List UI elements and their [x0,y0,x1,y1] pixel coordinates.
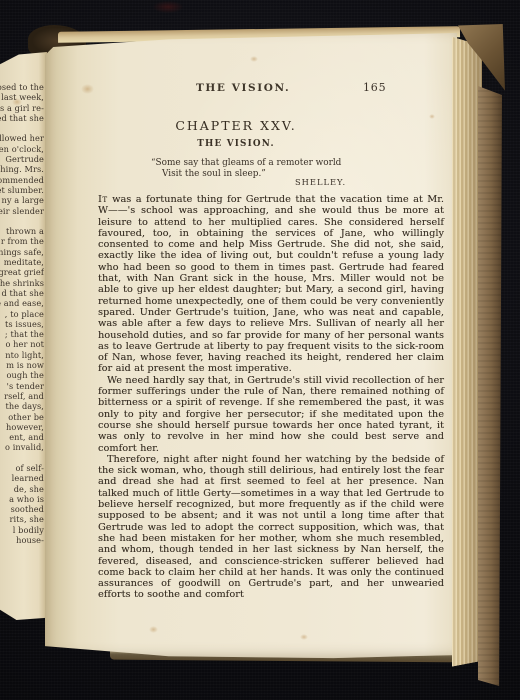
left-page-fragment: ten o'clock, [0,144,44,154]
left-page-fragment: other be [8,412,44,422]
left-page-fragment: thing. Mrs. [0,164,44,174]
left-page-fragment: commended [0,175,44,185]
left-page-fragment: of self- [15,463,44,473]
left-page-fragment: eir slender [0,206,44,216]
left-page-fragment: ollowed her [0,133,44,143]
left-page-fragment: he shrinks [0,278,44,288]
left-page-fragment: osed to the [0,82,44,92]
foxing-spot [429,114,435,119]
epigraph-attribution: SHELLEY. [295,177,346,187]
right-page: THE VISION. 165 CHAPTER XXV. THE VISION.… [45,28,457,660]
book-photo: osed to the e last week, s a girl re- ed… [0,0,520,700]
left-page-fragment: de, she [14,484,44,494]
left-page-fragment: meditate, [4,257,44,267]
left-page-fragment: ough the [6,370,44,380]
left-page-fragment: ent, and [9,432,44,442]
running-header-title: THE VISION. [196,82,290,94]
left-page-fragment: ts issues, [5,319,44,329]
paragraph-2: We need hardly say that, in Gertrude's s… [98,375,444,454]
foxing-spot [81,84,94,94]
left-page-fragment: ; that the [5,329,44,339]
left-page-fragment: soothed [11,504,44,514]
left-page-fragment: Gertrude [5,154,44,164]
left-page-fragment: learned [12,473,44,483]
book-cover-edge [478,86,502,686]
left-page: osed to the e last week, s a girl re- ed… [0,50,47,620]
left-page-fragment: 's tender [7,381,44,391]
left-page-fragment: et slumber. [0,185,44,195]
left-page-fragment: ny a large [2,195,45,205]
paragraph-1: It was a fortunate thing for Gertrude th… [98,194,444,375]
foxing-spot [300,634,308,640]
left-page-fragment: ed that she [0,113,44,123]
left-page-fragment: rits, she [10,514,44,524]
left-page-text-fragments: osed to the e last week, s a girl re- ed… [0,82,44,545]
left-page-fragment: the days, [6,401,44,411]
left-page-fragment: nto light, [5,350,44,360]
left-page-fragment: hings safe, [0,247,44,257]
left-page-fragment: a who is [9,494,44,504]
left-page-fragment: , to place [5,309,44,319]
left-page-fragment: m is now [6,360,44,370]
left-page-fragment: o her not [5,339,44,349]
chapter-heading: CHAPTER XXV. [60,118,412,133]
left-page-fragment: e and ease, [0,298,44,308]
paragraph-3: Therefore, night after night found her w… [98,454,444,601]
left-page-fragment: great grief [0,267,44,277]
left-page-fragment: house- [16,535,44,545]
epigraph-line-1: “Some say that gleams of a remoter world [151,158,341,169]
foxing-spot [149,626,158,633]
left-page-fragment: o invalid, [5,442,44,452]
left-page-fragment: d that she [1,288,44,298]
paragraph-lead-smallcaps: It [98,194,108,205]
left-page-fragment: thrown a [6,226,44,236]
left-page-fragment: rself, and [4,391,44,401]
left-page-fragment: s a girl re- [0,103,44,113]
paragraph-1-text: was a fortunate thing for Gertrude that … [98,194,444,374]
body-text: It was a fortunate thing for Gertrude th… [98,194,444,601]
foxing-spot [250,56,258,62]
section-title: THE VISION. [60,139,412,149]
left-page-fragment: e last week, [0,92,44,102]
left-page-fragment: however, [6,422,44,432]
left-page-fragment: l bodily [13,525,44,535]
page-block-fore-edge [452,33,482,669]
epigraph: “Some say that gleams of a remoter world… [151,158,341,179]
page-number: 165 [363,81,386,94]
left-page-fragment: r from the [1,236,44,246]
